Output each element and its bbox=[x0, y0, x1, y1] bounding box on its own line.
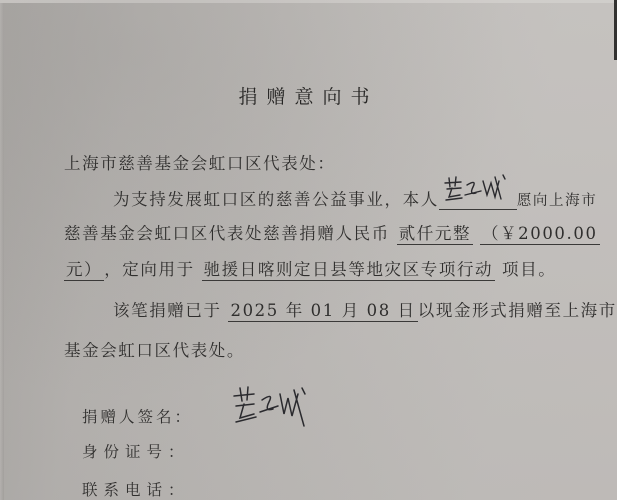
handwritten-signature-icon bbox=[232, 384, 322, 434]
amount-chinese: 贰仟元整 bbox=[397, 225, 473, 245]
paper-top-edge bbox=[0, 0, 617, 3]
phone-label: 联系电话： bbox=[82, 478, 190, 500]
para1-line2-prefix: 慈善基金会虹口区代表处慈善捐赠人民币 bbox=[64, 224, 390, 243]
para1-intro: 为支持发展虹口区的慈善公益事业，本人 bbox=[113, 190, 439, 209]
document-title: 捐赠意向书 bbox=[0, 82, 617, 109]
amount-numeric-close: 元） bbox=[64, 261, 104, 281]
donor-signature bbox=[232, 384, 322, 438]
para1-line3: 元），定向用于 驰援日喀则定日县等地灾区专项行动 项目。 bbox=[64, 256, 556, 281]
para2-line1: 该笔捐赠已于 2025 年 01 月 08 日以现金形式捐赠至上海市慈善 bbox=[113, 297, 617, 322]
purpose-prefix: ，定向用于 bbox=[104, 260, 195, 279]
para2-suffix: 以现金形式捐赠至上海市慈善 bbox=[418, 301, 617, 320]
donation-date: 2025 年 01 月 08 日 bbox=[228, 302, 417, 322]
para1-after-name: 愿向上海市 bbox=[517, 193, 598, 209]
salutation: 上海市慈善基金会虹口区代表处： bbox=[64, 150, 336, 174]
amount-numeric: （￥2000.00 bbox=[480, 225, 600, 245]
signature-label: 捐赠人签名： bbox=[82, 405, 193, 427]
donor-name-signature bbox=[439, 187, 517, 210]
para2-line2: 基金会虹口区代表处。 bbox=[64, 337, 245, 361]
para1-line2: 慈善基金会虹口区代表处慈善捐赠人民币 贰仟元整 （￥2000.00 bbox=[64, 220, 600, 245]
handwritten-signature-icon bbox=[443, 173, 523, 209]
para2-prefix: 该笔捐赠已于 bbox=[113, 301, 222, 320]
para1-line1: 为支持发展虹口区的慈善公益事业，本人 愿向上海市 bbox=[113, 186, 597, 210]
purpose-suffix: 项目。 bbox=[502, 260, 556, 279]
paper-left-edge bbox=[0, 0, 4, 500]
id-number-label: 身份证号： bbox=[82, 440, 190, 462]
donation-purpose: 驰援日喀则定日县等地灾区专项行动 bbox=[202, 261, 496, 281]
